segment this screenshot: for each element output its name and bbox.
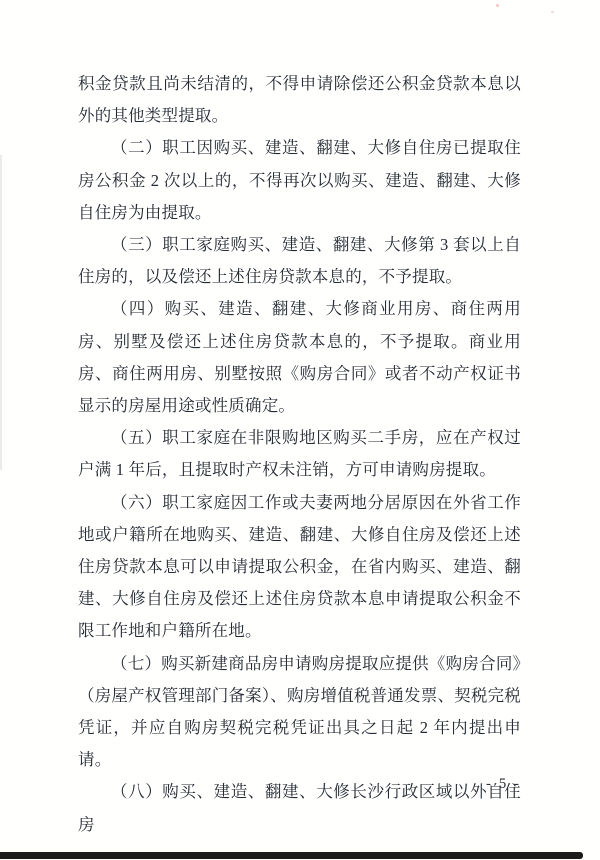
paragraph: （三）职工家庭购买、建造、翻建、大修第 3 套以上自住房的，以及偿还上述住房贷款… [78,229,521,293]
paragraph: （二）职工因购买、建造、翻建、大修自住房已提取住房公积金 2 次以上的，不得再次… [78,132,521,229]
scan-artifact-left-edge [0,155,2,470]
paragraph: 积金贷款且尚未结清的，不得申请除偿还公积金贷款本息以外的其他类型提取。 [78,68,521,132]
paragraph: （五）职工家庭在非限购地区购买二手房，应在产权过户满 1 年后，且提取时产权未注… [78,422,521,486]
document-body: 积金贷款且尚未结清的，不得申请除偿还公积金贷款本息以外的其他类型提取。 （二）职… [78,68,521,841]
paragraph: （六）职工家庭因工作或夫妻两地分居原因在外省工作地或户籍所在地购买、建造、翻建、… [78,487,521,648]
scanned-document-page: 积金贷款且尚未结清的，不得申请除偿还公积金贷款本息以外的其他类型提取。 （二）职… [0,0,600,860]
scan-artifact-speck [551,11,554,13]
scan-artifact-speck [496,4,499,7]
scan-artifact-bottom-bar [0,852,583,859]
paragraph: （七）购买新建商品房申请购房提取应提供《购房合同》（房屋产权管理部门备案）、购房… [78,648,521,777]
paragraph: （四）购买、建造、翻建、大修商业用房、商住两用房、别墅及偿还上述住房贷款本息的，… [78,293,521,422]
page-number: - 5 - [0,776,521,793]
